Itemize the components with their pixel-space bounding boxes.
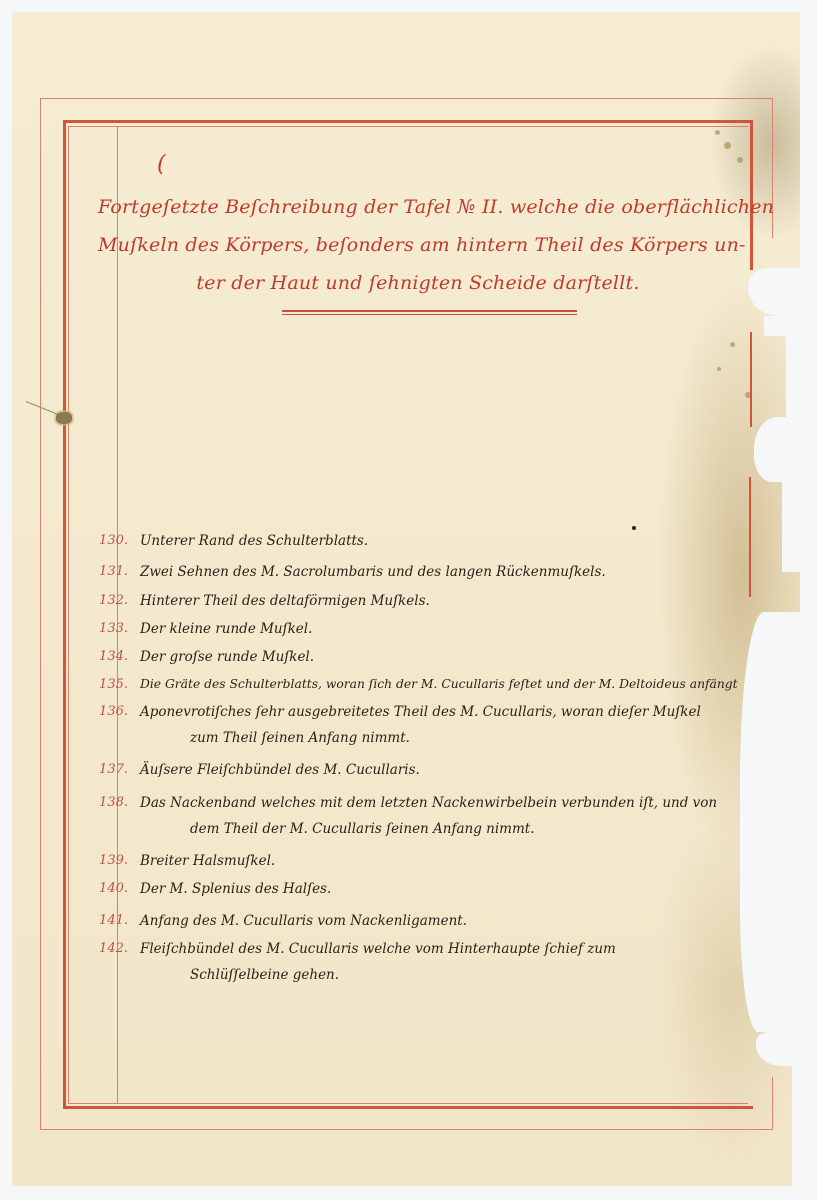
entry-number: 131.: [92, 564, 128, 579]
stain: [730, 342, 735, 347]
torn-edge: [782, 482, 800, 572]
stain: [715, 130, 720, 135]
title-line-2: Muſkeln des Körpers, beſonders am hinter…: [98, 226, 738, 264]
border-thick-bottom: [63, 1106, 753, 1109]
entry-number: 133.: [92, 621, 128, 636]
torn-edge: [792, 1066, 800, 1186]
title-underline: [282, 310, 577, 312]
border-thick-right: [750, 332, 752, 427]
entry-text: Der groſse runde Muſkel.: [140, 649, 314, 665]
entry-number: 130.: [92, 533, 128, 548]
entry-continuation: zum Theil ſeinen Anfang nimmt.: [190, 730, 410, 746]
entry-text: Anfang des M. Cucullaris vom Nackenligam…: [140, 913, 467, 929]
entry-number: 139.: [92, 853, 128, 868]
entry-number: 132.: [92, 593, 128, 608]
entry-text: Zwei Sehnen des M. Sacrolumbaris und des…: [140, 564, 606, 580]
entry-text: Breiter Halsmuſkel.: [140, 853, 275, 869]
page-title: Fortgeſetzte Beſchreibung der Tafel № II…: [98, 188, 738, 302]
title-line-3: ter der Haut und ſehnigten Scheide darſt…: [98, 264, 738, 302]
entry-text: Der kleine runde Muſkel.: [140, 621, 312, 637]
border-inner-left: [68, 126, 69, 1103]
manuscript-page: ( Fortgeſetzte Beſchreibung der Tafel № …: [12, 12, 800, 1186]
title-line-1: Fortgeſetzte Beſchreibung der Tafel № II…: [98, 188, 738, 226]
stain: [717, 367, 721, 371]
entry-text: Der M. Splenius des Halſes.: [140, 881, 331, 897]
entry-number: 136.: [92, 704, 128, 719]
border-outer-right: [772, 1077, 773, 1130]
entry-continuation: dem Theil der M. Cucullaris ſeinen Anfan…: [190, 821, 535, 837]
torn-edge: [756, 1032, 800, 1066]
entry-text: Aponevrotiſches ſehr ausgebreitetes Thei…: [140, 704, 701, 720]
entry-number: 142.: [92, 941, 128, 956]
border-inner-bottom: [68, 1103, 748, 1104]
entry-number: 135.: [92, 677, 128, 692]
border-outer-top: [40, 98, 773, 99]
entry-number: 141.: [92, 913, 128, 928]
entry-number: 140.: [92, 881, 128, 896]
entry-continuation: Schlüſſelbeine gehen.: [190, 967, 339, 983]
entry-number: 134.: [92, 649, 128, 664]
title-flourish: (: [157, 152, 166, 177]
entry-number: 138.: [92, 795, 128, 810]
entry-text: Äuſsere Fleiſchbündel des M. Cucullaris.: [140, 762, 420, 778]
border-outer-bottom: [40, 1129, 773, 1130]
border-thick-right: [749, 477, 751, 597]
torn-edge: [748, 268, 800, 316]
entry-text: Das Nackenband welches mit dem letzten N…: [140, 795, 717, 811]
border-outer-left: [40, 98, 41, 1129]
thread: [26, 401, 58, 415]
title-underline: [282, 314, 577, 315]
border-inner-top: [68, 126, 748, 127]
entry-text: Unterer Rand des Schulterblatts.: [140, 533, 368, 549]
ink-dot: [632, 526, 636, 530]
pin-icon: [56, 412, 72, 424]
stain: [724, 142, 731, 149]
border-thick-right: [750, 120, 753, 270]
entry-number: 137.: [92, 762, 128, 777]
stain: [737, 157, 743, 163]
border-thick-top: [63, 120, 753, 123]
entry-text: Hinterer Theil des deltaförmigen Muſkels…: [140, 593, 430, 609]
border-thick-left: [63, 120, 66, 1109]
entry-text: Die Gräte des Schulterblatts, woran ſich…: [140, 677, 738, 691]
torn-edge: [740, 612, 800, 1032]
entry-text: Fleiſchbündel des M. Cucullaris welche v…: [140, 941, 616, 957]
torn-edge: [786, 332, 800, 432]
